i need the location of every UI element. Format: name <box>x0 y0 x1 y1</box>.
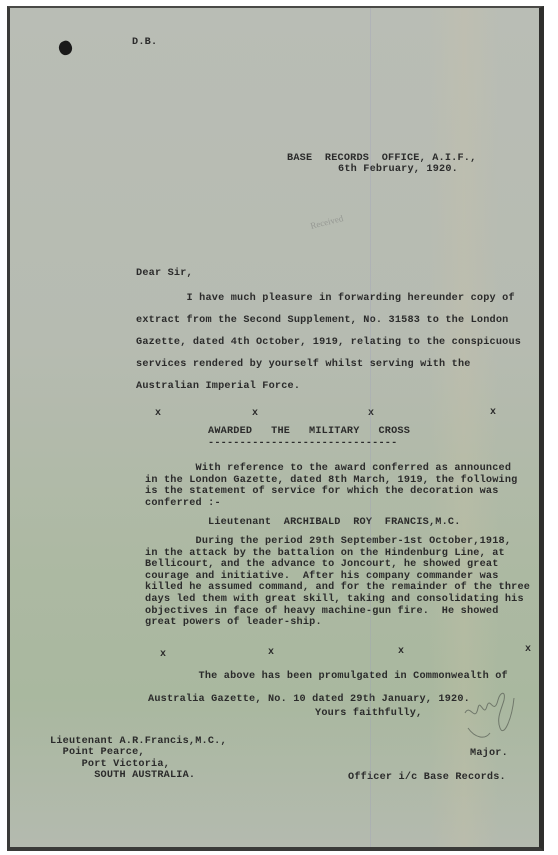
closing: Yours faithfully, <box>315 708 422 719</box>
citation-paragraph: During the period 29th September-1st Oct… <box>145 536 530 629</box>
letter-date: 6th February, 1920. <box>338 164 458 175</box>
signature-icon <box>460 678 520 748</box>
signatory-title: Officer i/c Base Records. <box>348 772 506 783</box>
separator-mark: x <box>525 644 531 655</box>
separator-mark: x <box>490 407 496 418</box>
separator-mark: x <box>368 408 374 419</box>
addressee-block: Lieutenant A.R.Francis,M.C., Point Pearc… <box>50 736 227 781</box>
award-heading: AWARDED THE MILITARY CROSS <box>208 426 410 437</box>
heading-underline: ------------------------------ <box>208 438 397 449</box>
letter-page: D.B. BASE RECORDS OFFICE, A.I.F., 6th Fe… <box>7 6 544 851</box>
separator-mark: x <box>160 649 166 660</box>
separator-mark: x <box>268 647 274 658</box>
separator-mark: x <box>398 646 404 657</box>
promulgation-paragraph: The above has been promulgated in Common… <box>148 665 508 711</box>
punch-hole <box>57 39 75 57</box>
faint-stamp: Received <box>309 213 344 231</box>
sender-office: BASE RECORDS OFFICE, A.I.F., <box>287 153 476 164</box>
intro-paragraph: I have much pleasure in forwarding hereu… <box>136 288 521 398</box>
file-reference: D.B. <box>132 37 157 48</box>
signatory-rank: Major. <box>470 748 508 759</box>
reference-paragraph: With reference to the award conferred as… <box>145 463 518 509</box>
salutation: Dear Sir, <box>136 268 193 279</box>
recipient-name: Lieutenant ARCHIBALD ROY FRANCIS,M.C. <box>208 517 461 528</box>
separator-mark: x <box>155 408 161 419</box>
separator-mark: x <box>252 408 258 419</box>
